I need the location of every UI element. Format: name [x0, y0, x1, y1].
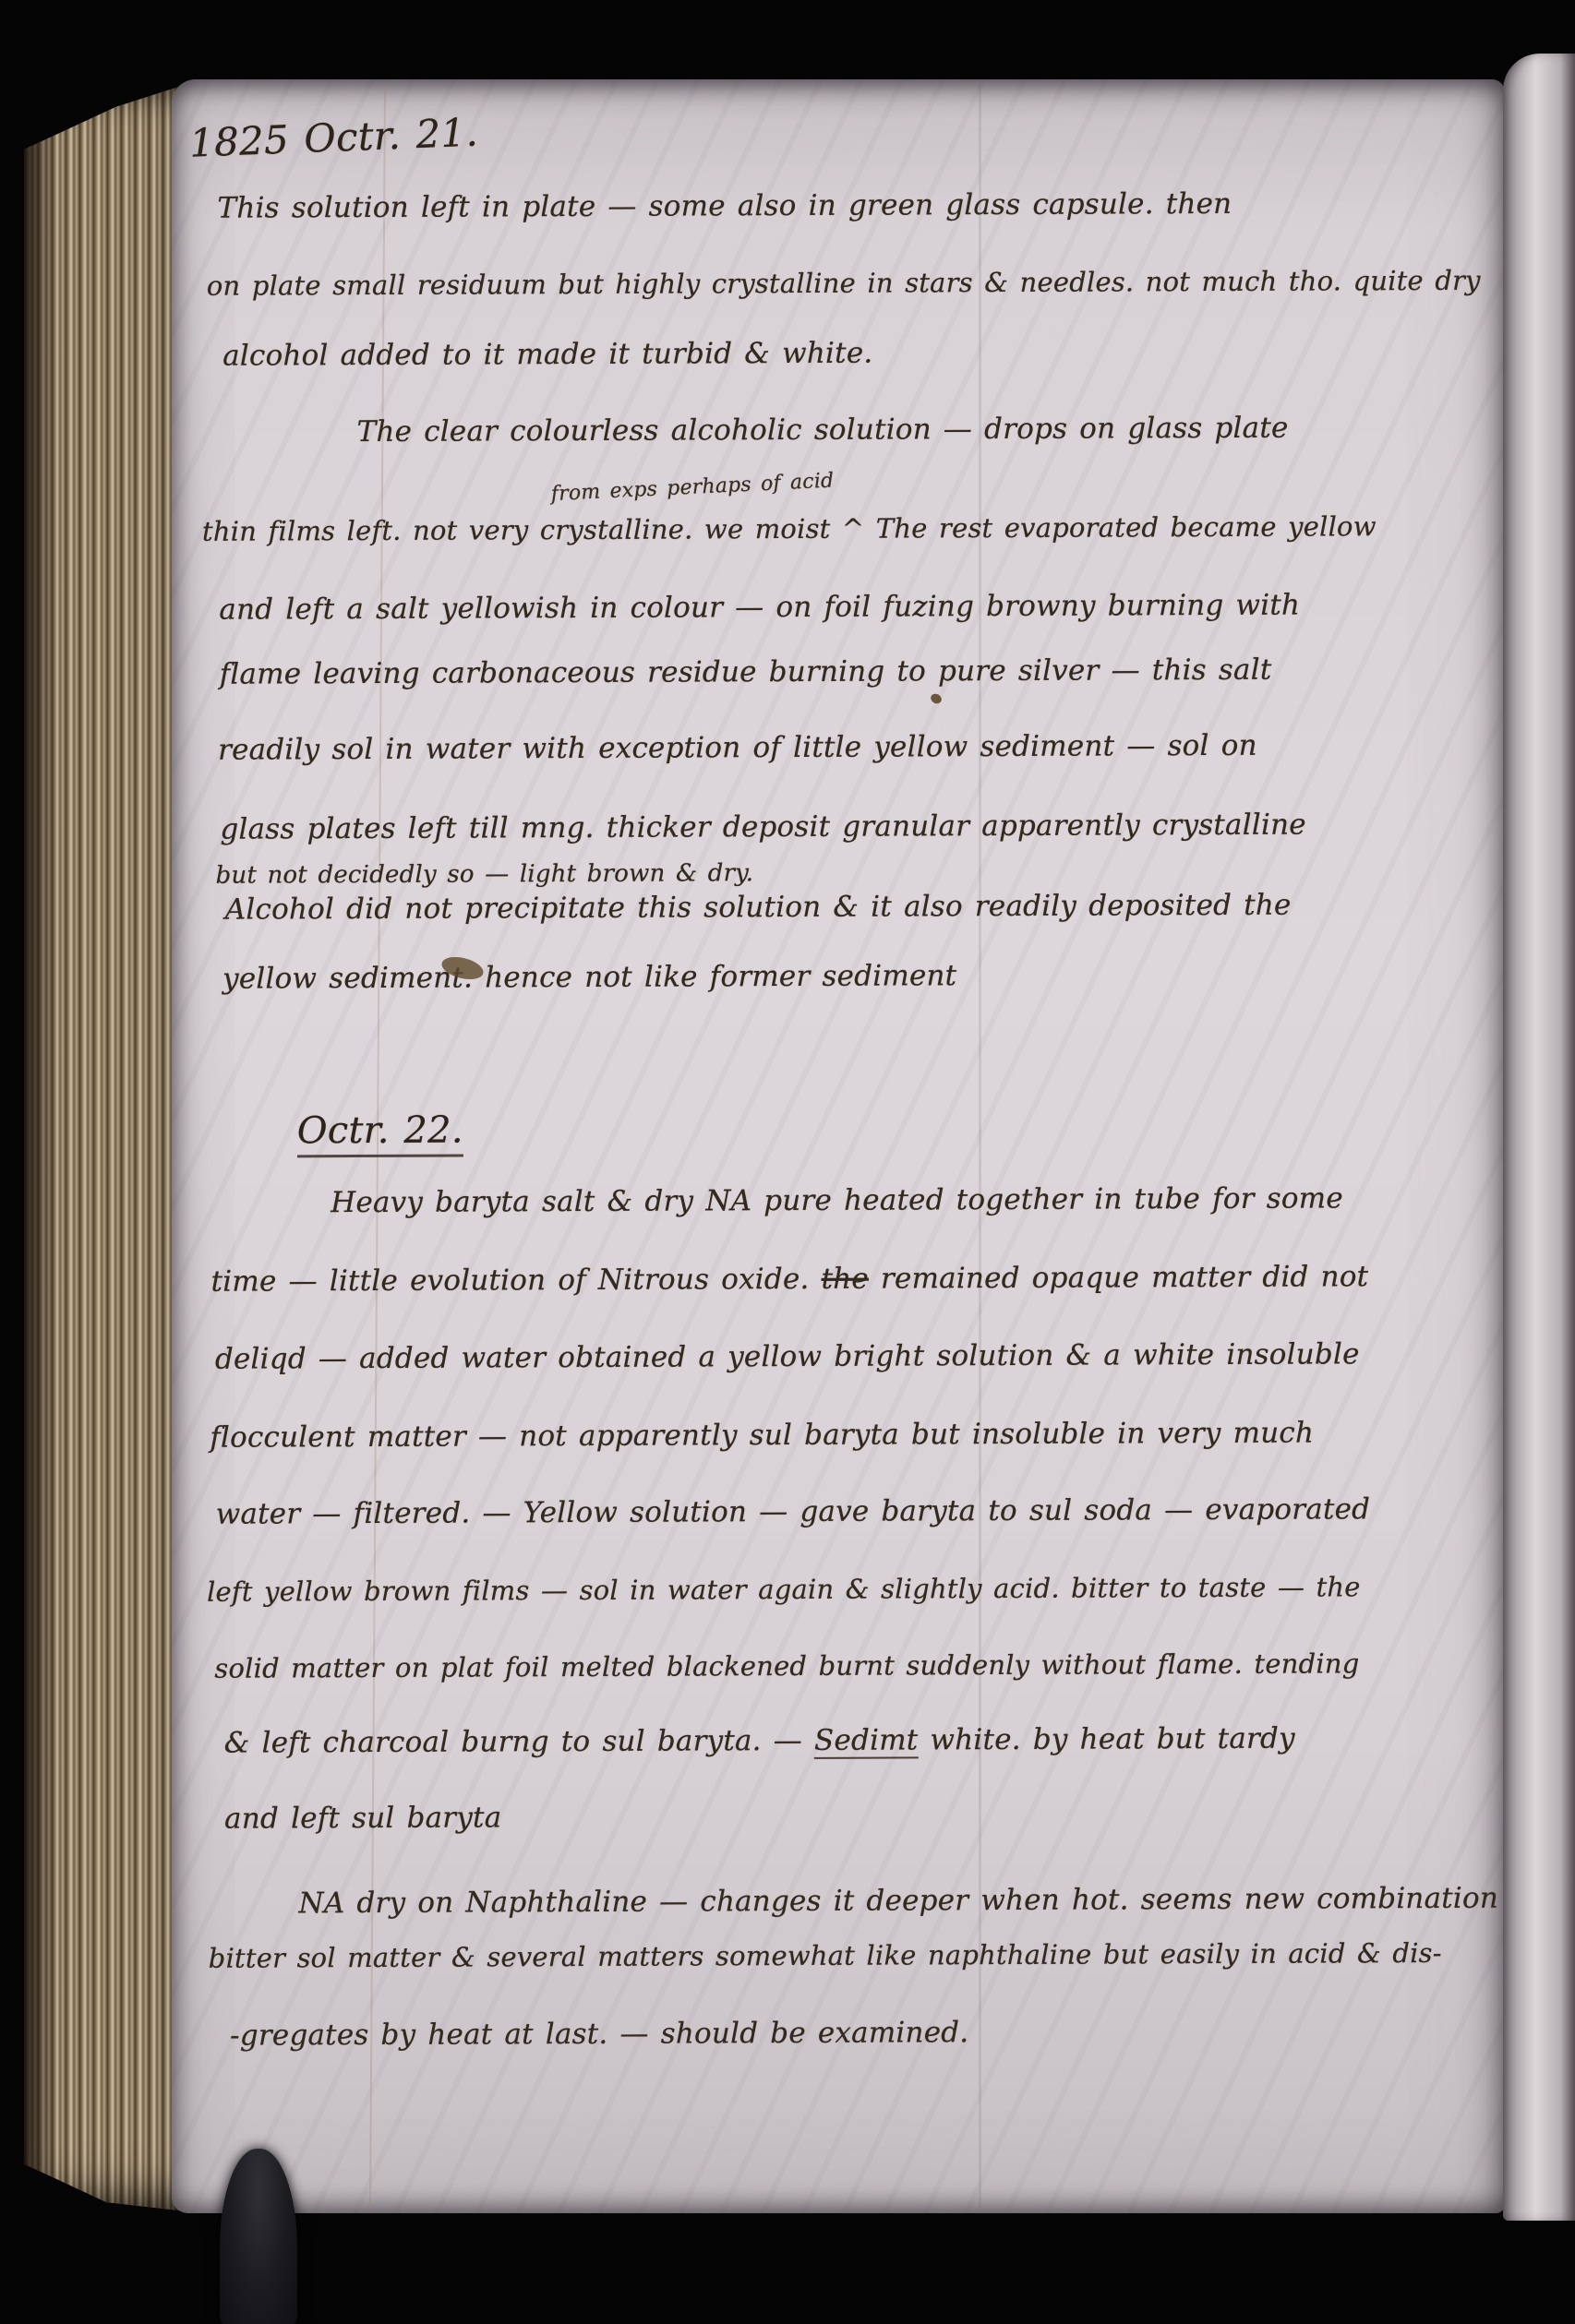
manuscript-line: The clear colourless alcoholic solution …	[356, 412, 1288, 449]
manuscript-line: bitter sol matter & several matters some…	[209, 1937, 1442, 1974]
manuscript-line: NA dry on Naphthaline — changes it deepe…	[298, 1882, 1498, 1921]
manuscript-line: alcohol added to it made it turbid & whi…	[222, 337, 872, 373]
manuscript-line: glass plates left till mng. thicker depo…	[220, 809, 1305, 846]
manuscript-line: left yellow brown films — sol in water a…	[207, 1571, 1361, 1607]
line-text: time — little evolution of Nitrous oxide…	[210, 1263, 821, 1299]
interline-insertion: from exps perhaps of acid	[550, 469, 835, 506]
handwriting-layer: 1825 Octr. 21. This solution left in pla…	[0, 0, 1575, 2324]
manuscript-line: but not decidedly so — light brown & dry…	[216, 859, 754, 890]
manuscript-line: Heavy baryta salt & dry NA pure heated t…	[331, 1181, 1343, 1219]
manuscript-line: solid matter on plat foil melted blacken…	[214, 1647, 1359, 1683]
line-text: remained opaque matter did not	[869, 1260, 1369, 1295]
manuscript-line: time — little evolution of Nitrous oxide…	[210, 1260, 1368, 1298]
date-heading-oct-21: 1825 Octr. 21.	[188, 110, 479, 166]
manuscript-line: and left a salt yellowish in colour — on…	[219, 589, 1300, 627]
manuscript-line: and left sul baryta	[224, 1801, 501, 1835]
line-text: white. by heat but tardy	[918, 1722, 1294, 1757]
manuscript-line: yellow sediment. hence not like former s…	[222, 959, 956, 995]
manuscript-line: thin films left. not very crystalline. w…	[202, 510, 1377, 547]
manuscript-line: on plate small residuum but highly cryst…	[207, 265, 1481, 302]
manuscript-line: This solution left in plate — some also …	[217, 187, 1232, 225]
manuscript-line: Alcohol did not precipitate this solutio…	[225, 889, 1292, 927]
manuscript-line: deliqd — added water obtained a yellow b…	[215, 1337, 1360, 1375]
manuscript-line: & left charcoal burng to sul baryta. — S…	[224, 1722, 1295, 1760]
manuscript-line: water — filtered. — Yellow solution — ga…	[216, 1492, 1371, 1530]
struck-word: the	[821, 1263, 869, 1296]
manuscript-line: -gregates by heat at last. — should be e…	[230, 2016, 968, 2052]
manuscript-line: flocculent matter — not apparently sul b…	[210, 1417, 1314, 1455]
date-heading-oct-22: Octr. 22.	[297, 1109, 463, 1158]
manuscript-line: readily sol in water with exception of l…	[218, 729, 1257, 767]
manuscript-photograph: 1825 Octr. 21. This solution left in pla…	[0, 0, 1575, 2324]
manuscript-line: flame leaving carbonaceous residue burni…	[220, 653, 1272, 691]
line-text: & left charcoal burng to sul baryta. —	[224, 1724, 814, 1760]
underlined-word: Sedimt	[814, 1723, 919, 1758]
gloved-fingertip	[220, 2149, 297, 2324]
